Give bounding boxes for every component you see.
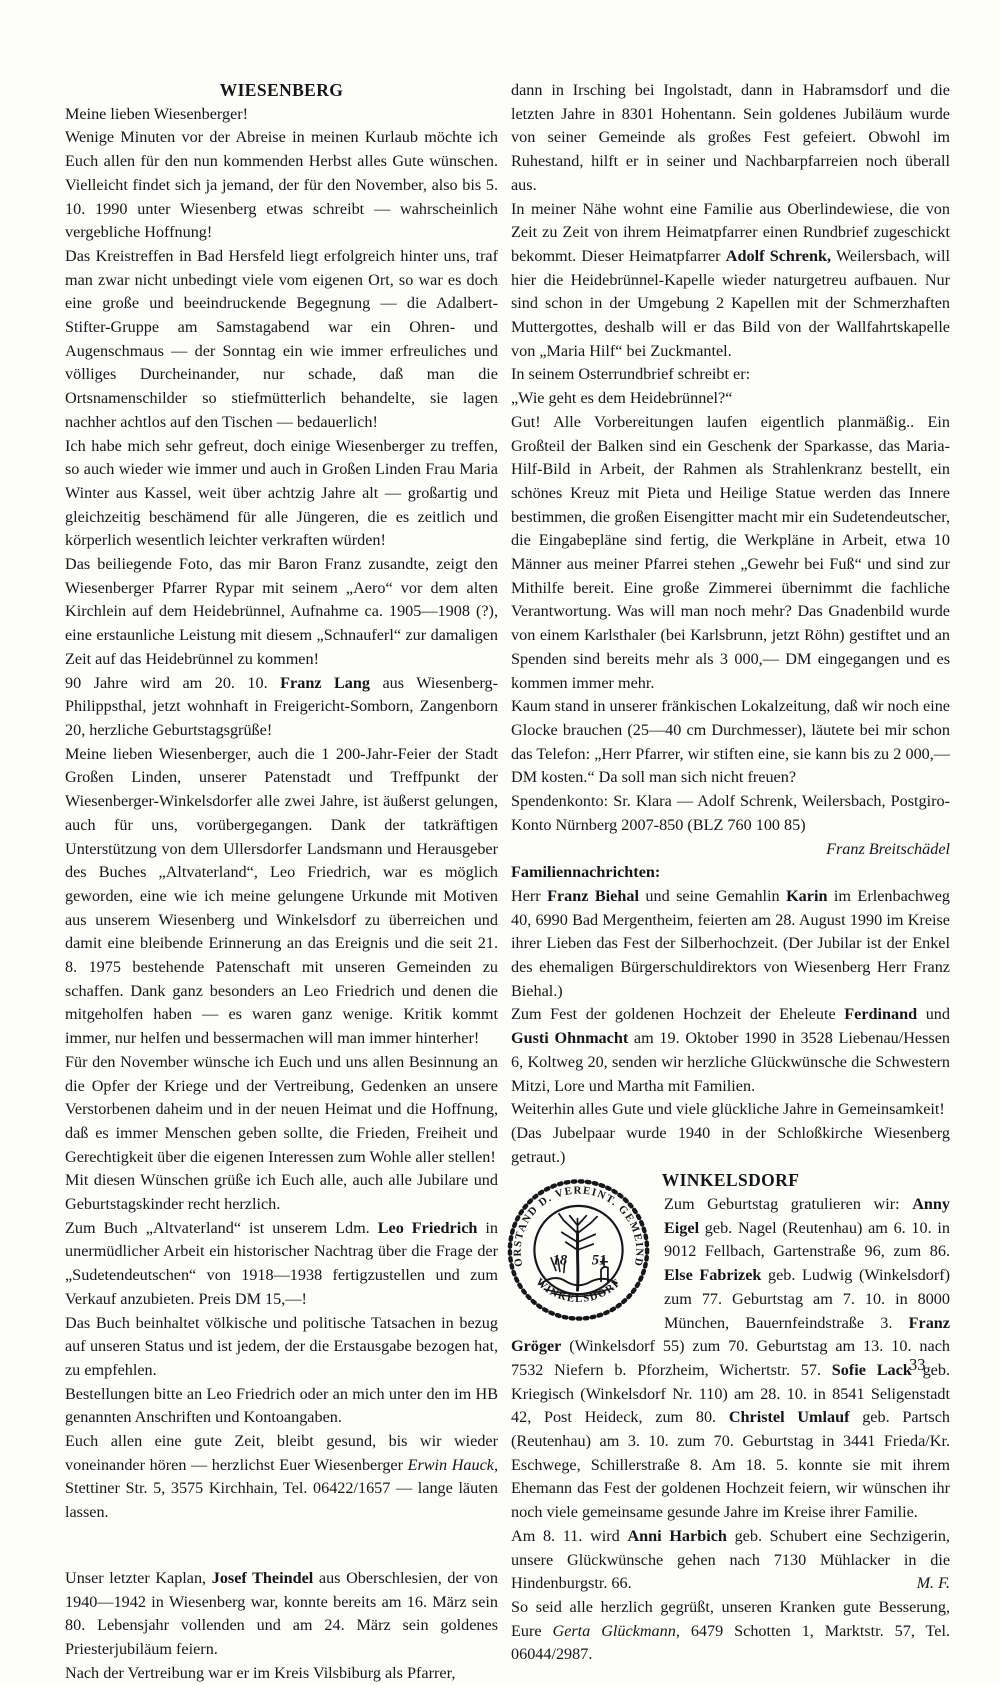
newsletter-page: { "page": { "number": "33" }, "left": { … bbox=[0, 0, 1000, 1425]
left-column: WIESENBERG Meine lieben Wiesenberger! We… bbox=[65, 79, 498, 1685]
paragraph-closing-erwin-hauck: Euch allen eine gute Zeit, bleibt gesund… bbox=[65, 1430, 498, 1525]
paragraph: Für den November wünsche ich Euch und un… bbox=[65, 1051, 498, 1170]
paragraph: Ich habe mich sehr gefreut, doch einige … bbox=[65, 435, 498, 554]
paragraph: In seinem Osterrundbrief schreibt er: bbox=[511, 363, 950, 387]
svg-text:VORSTAND D. VEREINT. GEMEINDE: VORSTAND D. VEREINT. GEMEINDE bbox=[505, 1173, 645, 1268]
paragraph-continuation: Nach der Vertreibung war er im Kreis Vil… bbox=[65, 1662, 498, 1685]
two-column-layout: WIESENBERG Meine lieben Wiesenberger! We… bbox=[0, 0, 1000, 1685]
paragraph: Bestellungen bitte an Leo Friedrich oder… bbox=[65, 1383, 498, 1430]
author-initials: M. F. bbox=[917, 1572, 950, 1596]
paragraph: Weiterhin alles Gute und viele glücklich… bbox=[511, 1098, 950, 1122]
paragraph: Wenige Minuten vor der Abreise in meinen… bbox=[65, 126, 498, 245]
paragraph: Das Kreistreffen in Bad Hersfeld liegt e… bbox=[65, 245, 498, 435]
seal-year-51: 51 bbox=[592, 1253, 607, 1269]
paragraph-continuation: dann in Irsching bei Ingolstadt, dann in… bbox=[511, 79, 950, 198]
paragraph: Mit diesen Wünschen grüße ich Euch alle,… bbox=[65, 1169, 498, 1216]
paragraph-adolf-schrenk: In meiner Nähe wohnt eine Familie aus Ob… bbox=[511, 198, 950, 364]
paragraph: Kaum stand in unserer fränkischen Lokalz… bbox=[511, 695, 950, 790]
paragraph-silver-wedding: Herr Franz Biehal und seine Gemahlin Kar… bbox=[511, 885, 950, 1004]
paragraph: Meine lieben Wiesenberger! bbox=[65, 103, 498, 127]
page-number: 33 bbox=[909, 1355, 926, 1375]
paragraph-spendenkonto: Spendenkonto: Sr. Klara — Adolf Schrenk,… bbox=[511, 790, 950, 837]
paragraph-text: Am 8. 11. wird Anni Harbich geb. Schuber… bbox=[511, 1527, 950, 1592]
paragraph-book-offer: Zum Buch „Altvaterland“ ist unserem Ldm.… bbox=[65, 1217, 498, 1312]
paragraph: Meine lieben Wiesenberger, auch die 1 20… bbox=[65, 743, 498, 1051]
paragraph: (Das Jubelpaar wurde 1940 in der Schloßk… bbox=[511, 1122, 950, 1169]
paragraph-golden-wedding: Zum Fest der goldenen Hochzeit der Ehele… bbox=[511, 1003, 950, 1098]
right-column: dann in Irsching bei Ingolstadt, dann in… bbox=[511, 79, 950, 1685]
paragraph: Gut! Alle Vorbereitungen laufen eigentli… bbox=[511, 411, 950, 695]
paragraph-closing-gerta-glueckmann: So seid alle herzlich gegrüßt, unseren K… bbox=[511, 1596, 950, 1667]
paragraph: Das Buch beinhaltet völkische und politi… bbox=[65, 1312, 498, 1383]
seal-ring-top-text: VORSTAND D. VEREINT. GEMEINDE bbox=[505, 1173, 645, 1268]
paragraph-birthday-franz-lang: 90 Jahre wird am 20. 10. Franz Lang aus … bbox=[65, 672, 498, 743]
paragraph-josef-theindel: Unser letzter Kaplan, Josef Theindel aus… bbox=[65, 1567, 498, 1662]
winkelsdorf-community-seal: VORSTAND D. VEREINT. GEMEINDE WINKELSDOR… bbox=[505, 1173, 652, 1325]
section-heading-wiesenberg: WIESENBERG bbox=[65, 79, 498, 103]
paragraph-quote: „Wie geht es dem Heidebrünnel?“ bbox=[511, 387, 950, 411]
winkelsdorf-section: WINKELSDORF VORSTAND D. VEREINT. GEMEIND… bbox=[511, 1169, 950, 1667]
signature-franz-breitschaedel: Franz Breitschädel bbox=[511, 838, 950, 862]
family-news-heading: Familiennachrichten: bbox=[511, 861, 950, 885]
paragraph-anni-harbich: Am 8. 11. wird Anni Harbich geb. Schuber… bbox=[511, 1525, 950, 1596]
paragraph: Das beiliegende Foto, das mir Baron Fran… bbox=[65, 553, 498, 672]
seal-year-18: 18 bbox=[553, 1253, 568, 1269]
